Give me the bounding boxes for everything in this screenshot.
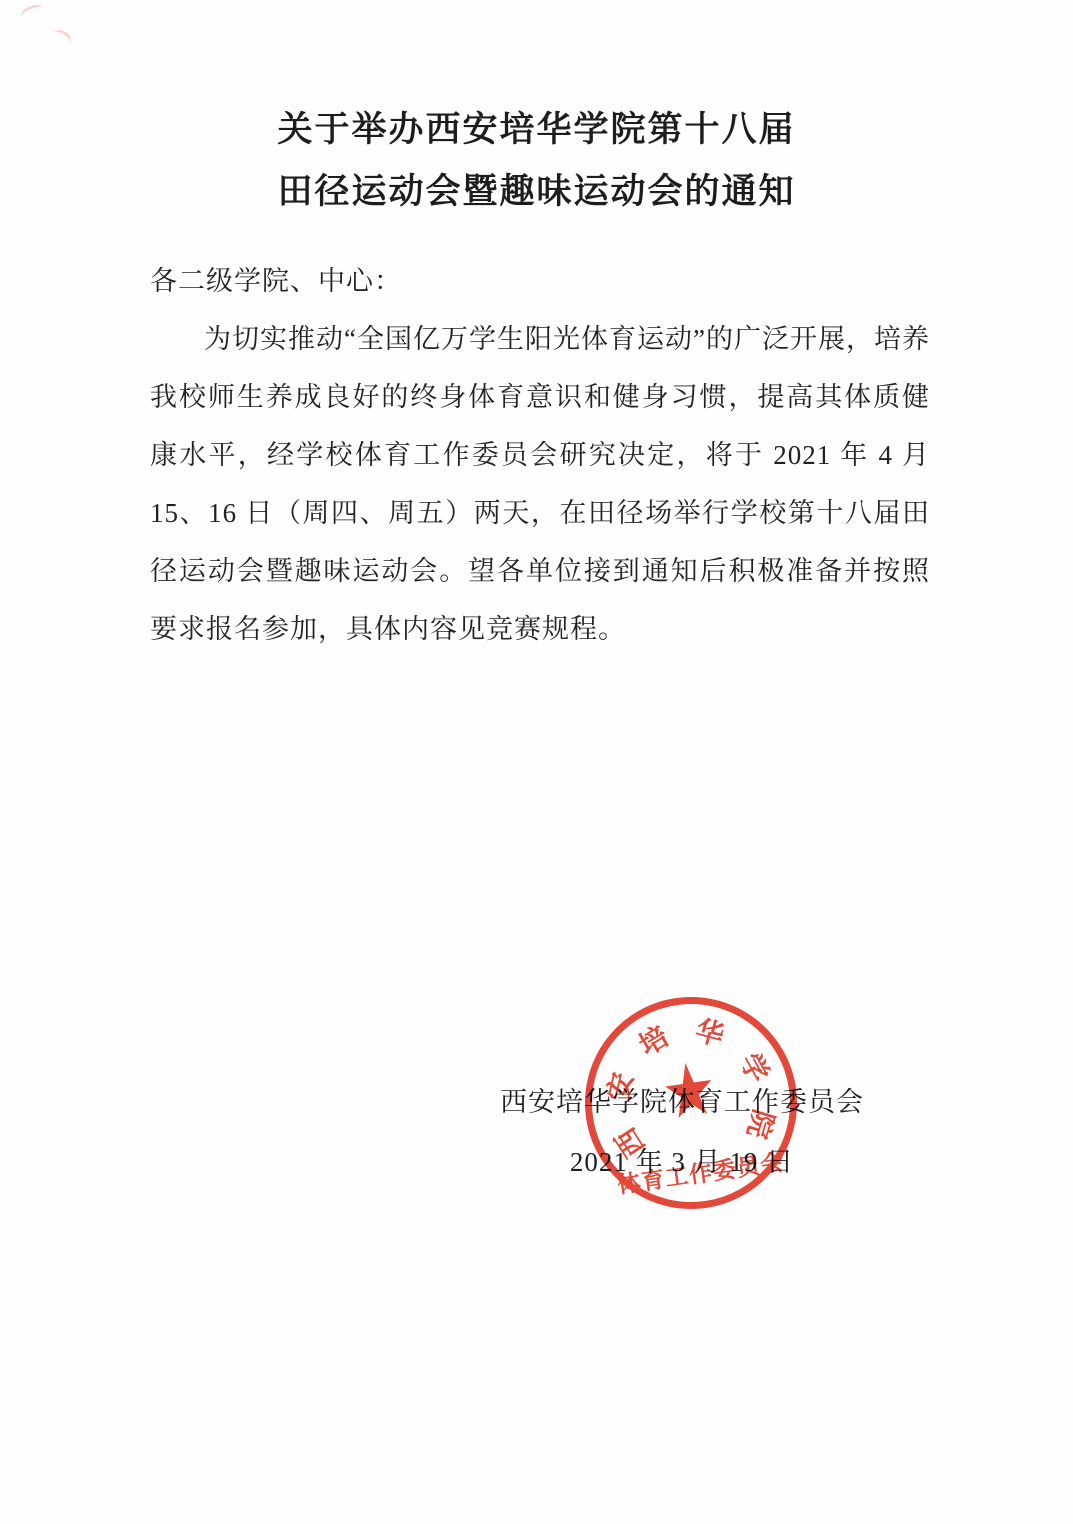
seal-arc-char: 安	[602, 1068, 640, 1106]
title-line-2: 田径运动会暨趣味运动会的通知	[0, 161, 1073, 223]
seal-arc-char: 院	[740, 1104, 780, 1144]
title-line-1: 关于举办西安培华学院第十八届	[0, 99, 1073, 161]
document-title: 关于举办西安培华学院第十八届 田径运动会暨趣味运动会的通知	[0, 99, 1073, 223]
star-icon: ★	[657, 1051, 721, 1132]
seal-arc-char: 西	[608, 1120, 652, 1164]
document-page: 关于举办西安培华学院第十八届 田径运动会暨趣味运动会的通知 各二级学院、中心： …	[0, 0, 1073, 1524]
seal-arc-char: 学	[732, 1046, 776, 1090]
stray-ink-mark-2	[46, 26, 73, 53]
salutation: 各二级学院、中心：	[150, 252, 930, 310]
body-paragraph: 为切实推动“全国亿万学生阳光体育运动”的广泛开展，培养我校师生养成良好的终身体育…	[150, 310, 930, 658]
document-body: 各二级学院、中心： 为切实推动“全国亿万学生阳光体育运动”的广泛开展，培养我校师…	[150, 252, 930, 658]
stray-ink-mark-1	[18, 2, 46, 24]
